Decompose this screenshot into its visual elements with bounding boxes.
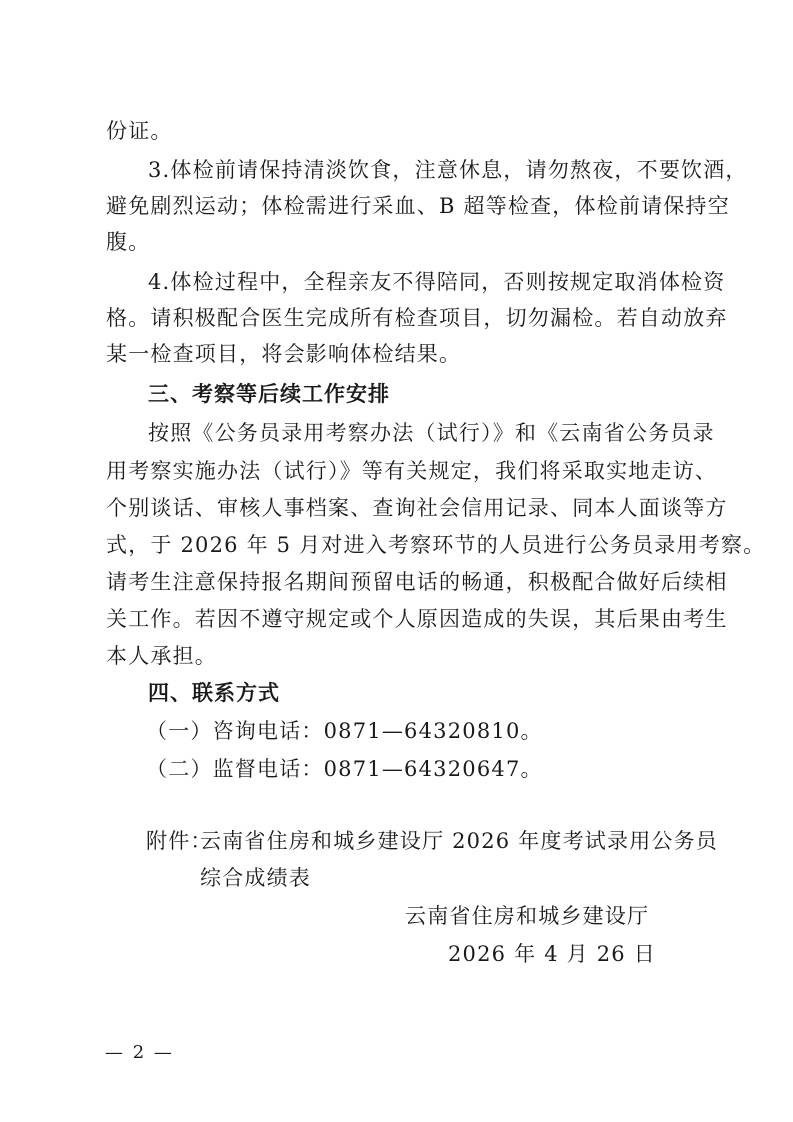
contact-consult-phone: （一）咨询电话：0871—64320810。 <box>146 718 731 744</box>
signature-org: 云南省住房和城乡建设厅 <box>405 903 649 929</box>
item3-line2: 避免剧烈运动；体检需进行采血、B 超等检查，体检前请保持空 <box>106 193 691 219</box>
attachment-title-line2: 综合成绩表 <box>200 865 311 891</box>
item3-line3: 腹。 <box>106 229 691 255</box>
section4-heading: 四、联系方式 <box>148 680 733 706</box>
contact-supervise-phone: （二）监督电话：0871—64320647。 <box>146 756 731 782</box>
item4-line2: 格。请积极配合医生完成所有检查项目，切勿漏检。若自动放弃 <box>106 305 691 331</box>
document-page: 份证。 3.体检前请保持清淡饮食，注意休息，请勿熬夜，不要饮酒， 避免剧烈运动；… <box>0 0 793 1122</box>
page-number: — 2 — <box>105 1042 174 1063</box>
section3-line7: 本人承担。 <box>106 643 691 669</box>
item4-line3: 某一检查项目，将会影响体检结果。 <box>106 341 691 367</box>
section3-line3: 个别谈话、审核人事档案、查询社会信用记录、同本人面谈等方 <box>106 495 691 521</box>
item3-line1: 3.体检前请保持清淡饮食，注意休息，请勿熬夜，不要饮酒， <box>148 157 691 183</box>
section3-line2: 用考察实施办法（试行）》等有关规定，我们将采取实地走访、 <box>106 458 691 484</box>
signature-date: 2026 年 4 月 26 日 <box>448 941 656 967</box>
section3-line6: 关工作。若因不遵守规定或个人原因造成的失误，其后果由考生 <box>106 606 691 632</box>
item4-line1: 4.体检过程中，全程亲友不得陪同，否则按规定取消体检资 <box>148 269 691 295</box>
section3-line4: 式，于 2026 年 5 月对进入考察环节的人员进行公务员录用考察。 <box>106 532 691 558</box>
continuation-text: 份证。 <box>106 118 691 144</box>
attachment-title-line1: 云南省住房和城乡建设厅 2026 年度考试录用公务员 <box>200 828 690 854</box>
section3-line5: 请考生注意保持报名期间预留电话的畅通，积极配合做好后续相 <box>106 569 691 595</box>
section3-line1: 按照《公务员录用考察办法（试行）》和《云南省公务员录 <box>148 420 691 446</box>
section3-heading: 三、考察等后续工作安排 <box>148 381 733 407</box>
